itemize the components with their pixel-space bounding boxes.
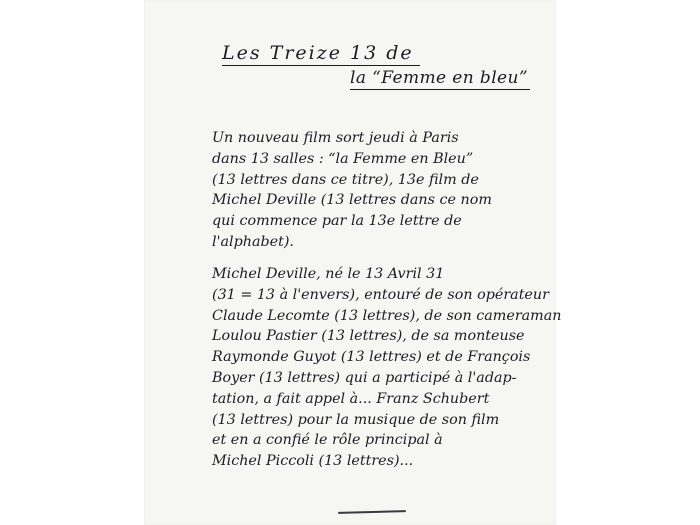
paragraph-2: Michel Deville, né le 13 Avril 31 (31 = …	[212, 264, 561, 472]
title-line-2: la “Femme en bleu”	[350, 68, 530, 90]
text-line: Claude Lecomte (13 lettres), de son came…	[212, 306, 561, 327]
text-line: (31 = 13 à l'envers), entouré de son opé…	[212, 285, 561, 306]
text-line: Boyer (13 lettres) qui a participé à l'a…	[212, 368, 561, 389]
text-line: Loulou Pastier (13 lettres), de sa monte…	[212, 326, 561, 347]
text-line: et en a confié le rôle principal à	[212, 430, 561, 451]
paragraph-1: Un nouveau film sort jeudi à Paris dans …	[212, 128, 492, 253]
text-line: qui commence par la 13e lettre de	[212, 211, 492, 232]
text-line: Un nouveau film sort jeudi à Paris	[212, 128, 492, 149]
text-line: Raymonde Guyot (13 lettres) et de Franço…	[212, 347, 561, 368]
text-line: dans 13 salles : “la Femme en Bleu”	[212, 149, 492, 170]
text-line: Michel Deville (13 lettres dans ce nom	[212, 190, 492, 211]
text-line: l'alphabet).	[212, 232, 492, 253]
closing-dash-divider	[338, 510, 406, 514]
text-line: Michel Piccoli (13 lettres)...	[212, 451, 561, 472]
text-line: tation, a fait appel à... Franz Schubert	[212, 389, 561, 410]
handwritten-letter-page: Les Treize 13 de la “Femme en bleu” Un n…	[144, 0, 556, 525]
title-line-1: Les Treize 13 de	[222, 42, 420, 66]
text-line: Michel Deville, né le 13 Avril 31	[212, 264, 561, 285]
text-line: (13 lettres) pour la musique de son film	[212, 410, 561, 431]
text-line: (13 lettres dans ce titre), 13e film de	[212, 170, 492, 191]
